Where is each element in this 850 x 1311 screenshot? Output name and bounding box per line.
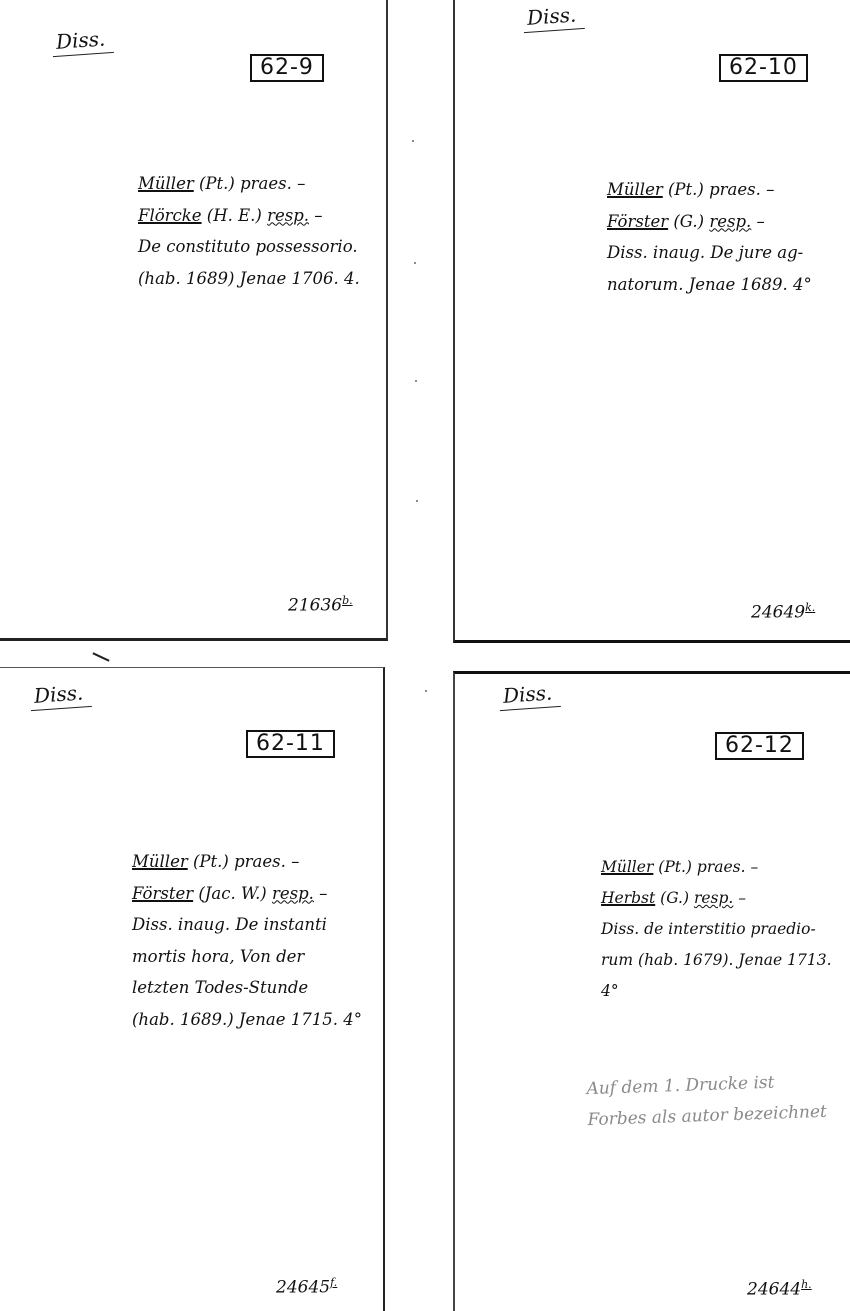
title-line-2: mortis hora, Von der: [132, 941, 362, 973]
imprint-line: natorum. Jenae 1689. 4°: [607, 269, 812, 301]
imprint-line: (hab. 1689) Jenae 1706. 4.: [138, 263, 360, 295]
accession-number: 24644h.: [747, 1278, 812, 1300]
praeses-detail: (Pt.) praes. –: [194, 174, 306, 193]
praeses-line: Müller (Pt.) praes. –: [601, 852, 832, 883]
accession-number: 21636b.: [288, 594, 353, 616]
accession-digits: 24644: [747, 1280, 801, 1300]
title-line: De constituto possessorio.: [138, 231, 360, 263]
speck: [415, 380, 417, 382]
respondent-line: Förster (G.) resp. –: [607, 206, 812, 238]
respondent-initials: (G.): [655, 889, 694, 907]
praeses-detail: (Pt.) praes. –: [188, 852, 300, 871]
accession-number: 24649k.: [751, 601, 815, 623]
catalog-card-62-11: Diss. 62-11 Müller (Pt.) praes. – Förste…: [0, 667, 385, 1311]
stray-pen-mark: [92, 652, 109, 661]
category-label: Diss.: [522, 2, 585, 33]
praeses-name: Müller: [138, 174, 194, 193]
accession-digits: 24645: [276, 1278, 330, 1298]
respondent-line: Herbst (G.) resp. –: [601, 883, 832, 914]
praeses-name: Müller: [601, 858, 653, 876]
respondent-line: Flörcke (H. E.) resp. –: [138, 200, 360, 232]
category-label: Diss.: [29, 680, 92, 711]
accession-digits: 21636: [288, 596, 342, 616]
category-label: Diss.: [498, 680, 561, 711]
speck: [412, 140, 414, 142]
praeses-detail: (Pt.) praes. –: [663, 180, 775, 199]
accession-suffix: f.: [330, 1276, 337, 1289]
respondent-initials: (G.): [668, 212, 709, 231]
speck: [416, 500, 418, 502]
category-label: Diss.: [51, 26, 114, 57]
respondent-name: Herbst: [601, 889, 655, 907]
accession-number: 24645f.: [276, 1276, 337, 1298]
respondent-initials: (Jac. W.): [193, 884, 272, 903]
imprint-line: rum (hab. 1679). Jenae 1713.: [601, 945, 832, 976]
bibliographic-entry: Müller (Pt.) praes. – Herbst (G.) resp. …: [601, 852, 832, 1007]
accession-suffix: b.: [342, 594, 353, 607]
shelf-signature: 62-11: [246, 730, 335, 758]
dash: –: [733, 889, 746, 907]
respondent-name: Förster: [607, 212, 668, 231]
dash: –: [751, 212, 765, 231]
shelf-signature: 62-9: [250, 54, 324, 82]
bibliographic-entry: Müller (Pt.) praes. – Förster (G.) resp.…: [607, 174, 812, 300]
accession-digits: 24649: [751, 603, 805, 623]
title-line: Diss. de interstitio praedio-: [601, 914, 832, 945]
respondent-line: Förster (Jac. W.) resp. –: [132, 878, 362, 910]
bibliographic-entry: Müller (Pt.) praes. – Flörcke (H. E.) re…: [138, 168, 360, 294]
dash: –: [309, 206, 323, 225]
praeses-name: Müller: [607, 180, 663, 199]
imprint-line: (hab. 1689.) Jenae 1715. 4°: [132, 1004, 362, 1036]
title-line: Diss. inaug. De instanti: [132, 909, 362, 941]
shelf-signature: 62-10: [719, 54, 808, 82]
speck: [414, 262, 416, 264]
speck: [425, 690, 427, 692]
title-line: Diss. inaug. De jure ag-: [607, 237, 812, 269]
accession-suffix: k.: [805, 601, 815, 614]
pencil-annotation: Auf dem 1. Drucke ist Forbes als autor b…: [586, 1066, 827, 1136]
accession-suffix: h.: [801, 1278, 812, 1291]
format-line: 4°: [601, 976, 832, 1007]
respondent-role: resp.: [709, 212, 751, 231]
catalog-card-62-12: Diss. 62-12 Müller (Pt.) praes. – Herbst…: [453, 671, 850, 1311]
bibliographic-entry: Müller (Pt.) praes. – Förster (Jac. W.) …: [132, 846, 362, 1035]
respondent-name: Förster: [132, 884, 193, 903]
respondent-role: resp.: [267, 206, 309, 225]
respondent-role: resp.: [694, 889, 733, 907]
praeses-name: Müller: [132, 852, 188, 871]
respondent-name: Flörcke: [138, 206, 202, 225]
catalog-card-62-10: Diss. 62-10 Müller (Pt.) praes. – Förste…: [453, 0, 850, 643]
praeses-detail: (Pt.) praes. –: [653, 858, 758, 876]
praeses-line: Müller (Pt.) praes. –: [132, 846, 362, 878]
respondent-initials: (H. E.): [202, 206, 268, 225]
respondent-role: resp.: [272, 884, 314, 903]
dash: –: [314, 884, 328, 903]
catalog-card-62-9: Diss. 62-9 Müller (Pt.) praes. – Flörcke…: [0, 0, 388, 641]
praeses-line: Müller (Pt.) praes. –: [138, 168, 360, 200]
german-title-line: letzten Todes-Stunde: [132, 972, 362, 1004]
praeses-line: Müller (Pt.) praes. –: [607, 174, 812, 206]
shelf-signature: 62-12: [715, 732, 804, 760]
